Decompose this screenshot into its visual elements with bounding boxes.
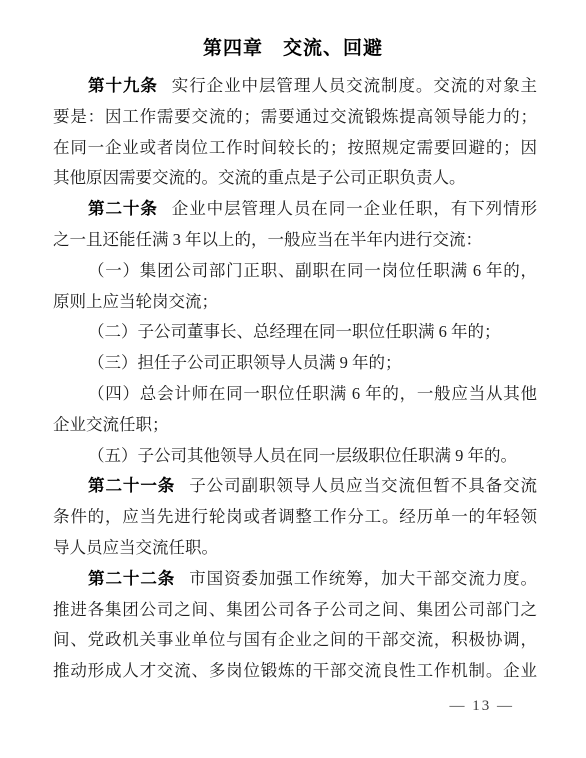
text-line: 第二十条企业中层管理人员在同一企业任职，有下列情形 [53,194,537,225]
line-text: （三）担任子公司正职领导人员满 9 年的； [88,353,402,372]
text-line: 第十九条实行企业中层管理人员交流制度。交流的对象主 [53,71,537,102]
text-line: （四）总会计师在同一职位任职满 6 年的，一般应当从其他 [53,379,537,410]
text-line: 第二十一条子公司副职领导人员应当交流但暂不具备交流 [53,471,537,502]
text-line: （一）集团公司部门正职、副职在同一岗位任职满 6 年的， [53,256,537,287]
text-line: 原则上应当轮岗交流； [53,287,537,318]
line-text: 之一且还能任满 3 年以上的，一般应当在半年内进行交流： [53,230,482,249]
text-line: 第二十二条市国资委加强工作统筹，加大干部交流力度。 [53,564,537,595]
text-line: 条件的，应当先进行轮岗或者调整工作分工。经历单一的年轻领 [53,502,537,533]
line-text: 条件的，应当先进行轮岗或者调整工作分工。经历单一的年轻领 [53,507,537,526]
line-text: 间、党政机关事业单位与国有企业之间的干部交流，积极协调， [53,630,537,649]
text-line: （二）子公司董事长、总经理在同一职位任职满 6 年的； [53,317,537,348]
article-number: 第二十二条 [88,570,175,588]
line-text: 导人员应当交流任职。 [53,538,218,557]
article-number: 第二十条 [88,200,158,218]
line-text: 在同一企业或者岗位工作时间较长的；按照规定需要回避的；因 [53,138,537,157]
text-line: 之一且还能任满 3 年以上的，一般应当在半年内进行交流： [53,225,537,256]
document-body: 第十九条实行企业中层管理人员交流制度。交流的对象主 要是：因工作需要交流的；需要… [53,71,537,687]
text-line: 在同一企业或者岗位工作时间较长的；按照规定需要回避的；因 [53,133,537,164]
text-line: 要是：因工作需要交流的；需要通过交流锻炼提高领导能力的； [53,102,537,133]
line-text: 其他原因需要交流的。交流的重点是子公司正职负责人。 [53,168,466,187]
text-line: （三）担任子公司正职领导人员满 9 年的； [53,348,537,379]
line-text: （二）子公司董事长、总经理在同一职位任职满 6 年的； [88,322,501,341]
line-text: 企业中层管理人员在同一企业任职，有下列情形 [172,199,537,218]
line-text: 要是：因工作需要交流的；需要通过交流锻炼提高领导能力的； [53,107,537,126]
text-line: 其他原因需要交流的。交流的重点是子公司正职负责人。 [53,163,537,194]
line-text: （五）子公司其他领导人员在同一层级职位任职满 9 年的。 [88,446,517,465]
article-number: 第二十一条 [88,477,175,495]
line-text: 原则上应当轮岗交流； [53,292,218,311]
line-text: 实行企业中层管理人员交流制度。交流的对象主 [172,76,537,95]
text-line: 间、党政机关事业单位与国有企业之间的干部交流，积极协调， [53,625,537,656]
line-text: （四）总会计师在同一职位任职满 6 年的，一般应当从其他 [88,384,537,403]
document-page: 第四章 交流、回避 第十九条实行企业中层管理人员交流制度。交流的对象主 要是：因… [0,0,586,758]
line-text: 推进各集团公司之间、集团公司各子公司之间、集团公司部门之 [53,600,537,619]
text-line: （五）子公司其他领导人员在同一层级职位任职满 9 年的。 [53,441,537,472]
text-line: 推进各集团公司之间、集团公司各子公司之间、集团公司部门之 [53,595,537,626]
line-text: 企业交流任职； [53,415,169,434]
line-text: （一）集团公司部门正职、副职在同一岗位任职满 6 年的， [88,261,537,280]
text-line: 推动形成人才交流、多岗位锻炼的干部交流良性工作机制。企业 [53,656,537,687]
text-line: 导人员应当交流任职。 [53,533,537,564]
line-text: 推动形成人才交流、多岗位锻炼的干部交流良性工作机制。企业 [53,661,537,680]
line-text: 市国资委加强工作统筹，加大干部交流力度。 [189,569,537,588]
text-line: 企业交流任职； [53,410,537,441]
line-text: 子公司副职领导人员应当交流但暂不具备交流 [189,476,537,495]
chapter-heading: 第四章 交流、回避 [0,33,586,60]
article-number: 第十九条 [88,77,158,95]
page-number: — 13 — [0,698,586,715]
